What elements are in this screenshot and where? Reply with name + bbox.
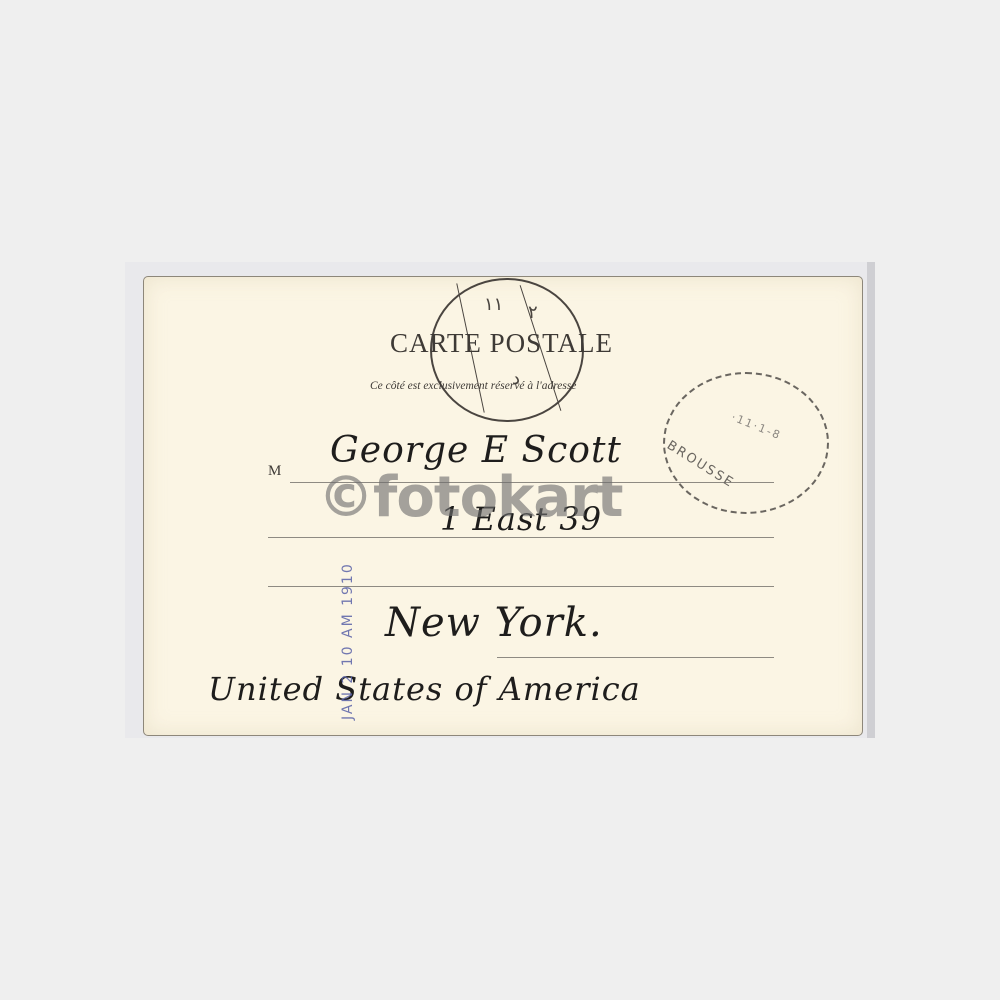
address-line-4 <box>497 657 774 658</box>
postcard-title: CARTE POSTALE <box>390 328 613 359</box>
address-country: United States of America <box>208 670 641 708</box>
watermark: ©fotokart <box>318 465 623 530</box>
receiving-stamp: JAN 2 10 AM 1910 <box>340 562 356 720</box>
recipient-prefix: M <box>268 463 281 480</box>
postmark-mark: ١١ <box>484 294 503 315</box>
postcard-subtitle: Ce côté est exclusivement réservé à l'ad… <box>370 380 576 392</box>
address-city: New York. <box>385 600 603 646</box>
postmark-brousse <box>663 372 829 514</box>
scan-edge <box>867 262 875 738</box>
